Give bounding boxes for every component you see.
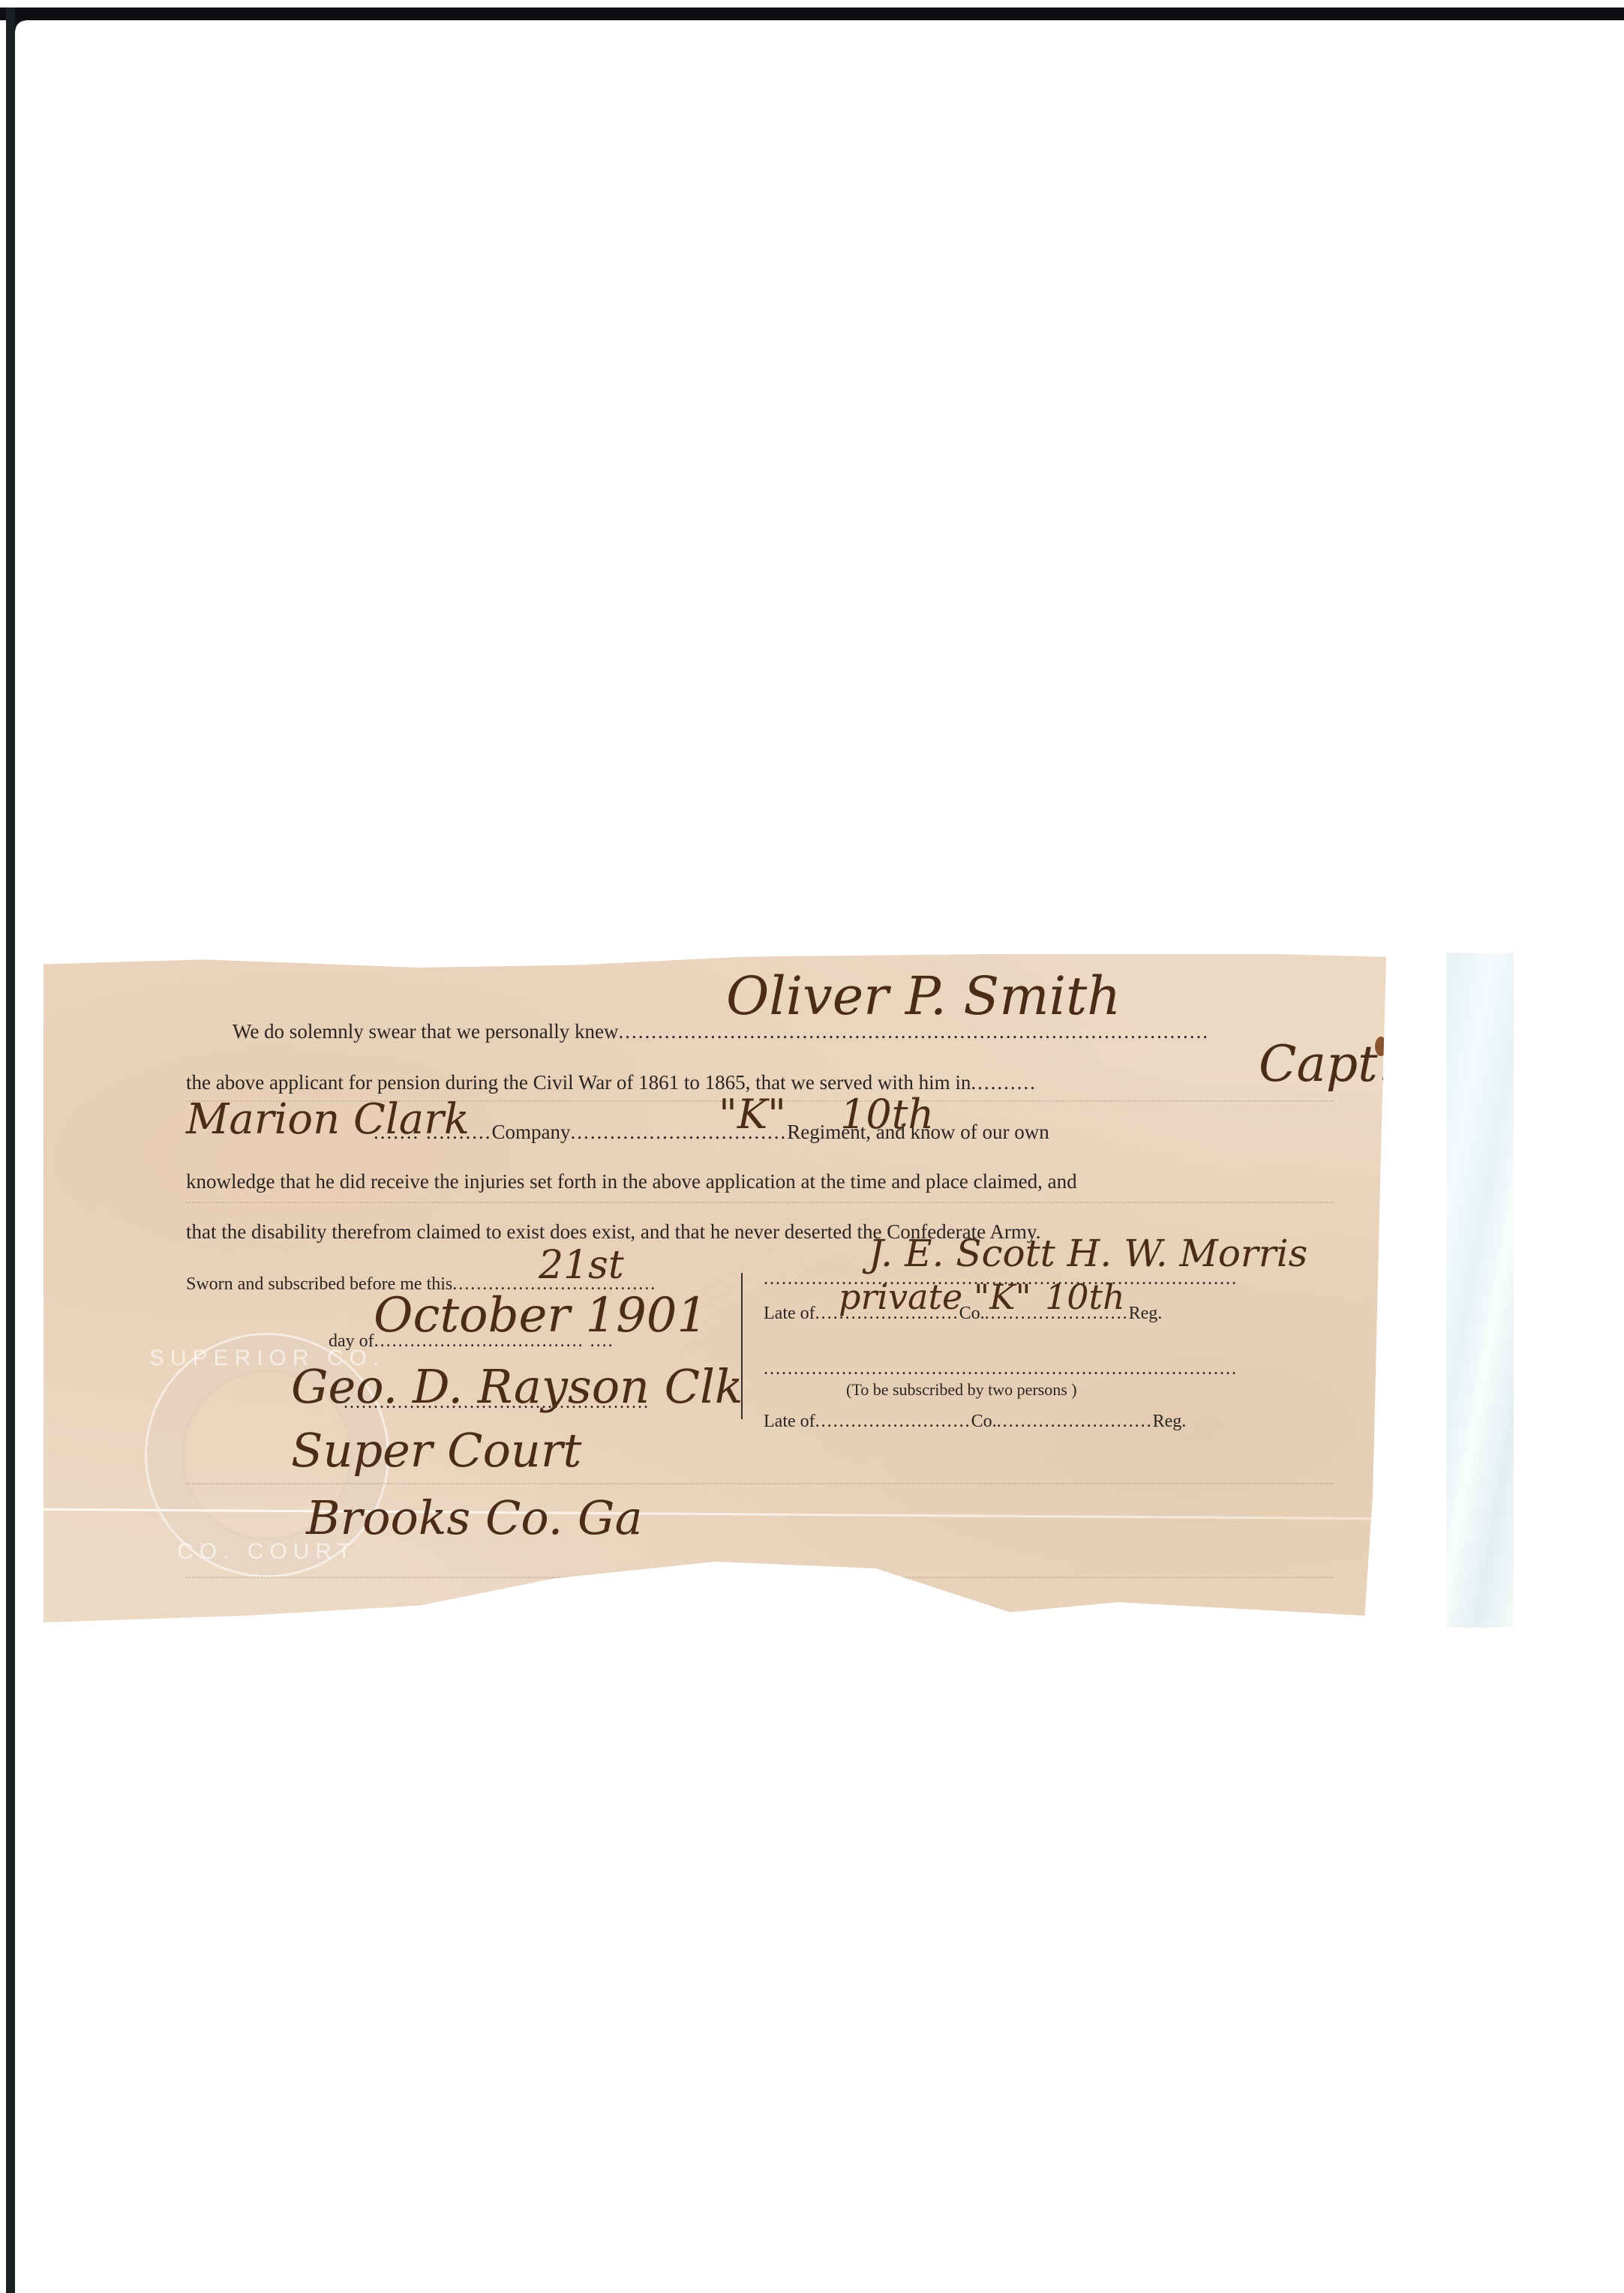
form-line-3: ....... ..........Company...............… xyxy=(374,1121,1049,1144)
scanner-border-left xyxy=(6,8,15,2293)
handwritten-witness-signatures: J. E. Scott H. W. Morris xyxy=(869,1232,1307,1275)
plastic-sleeve-strip xyxy=(1446,953,1514,1628)
late-of-label: Late of xyxy=(764,1304,815,1323)
handwritten-sworn-month-year: October 1901 xyxy=(374,1288,707,1343)
reg-label: Reg. xyxy=(1153,1412,1187,1431)
handwritten-company: "K" xyxy=(719,1091,786,1138)
company-label: Company xyxy=(492,1121,571,1143)
faint-rule xyxy=(186,1577,1334,1578)
handwritten-sworn-day: 21st xyxy=(539,1243,624,1288)
fill-dots: .......................... xyxy=(815,1412,971,1431)
reg-label: Reg. xyxy=(1129,1304,1163,1323)
fill-dots: ........................................… xyxy=(764,1359,1238,1379)
faint-rule xyxy=(186,1483,1334,1484)
handwritten-witness-1-rank: private xyxy=(839,1277,962,1317)
bracket-divider xyxy=(741,1273,750,1419)
subscribe-note: (To be subscribed by two persons ) xyxy=(846,1380,1077,1400)
form-line-1-text: We do solemnly swear that we personally … xyxy=(233,1020,618,1043)
day-of-label: day of xyxy=(329,1331,374,1351)
handwritten-rank: Capt. xyxy=(1259,1035,1394,1093)
co-label: Co. xyxy=(971,1412,997,1431)
handwritten-regiment: 10th xyxy=(840,1091,934,1138)
handwritten-witness-1-regiment: 10th xyxy=(1045,1277,1125,1317)
handwritten-clerk-signature: Geo. D. Rayson Clk xyxy=(291,1359,743,1414)
handwritten-clerk-court: Super Court xyxy=(291,1423,581,1478)
handwritten-witness-1-company: "K" xyxy=(974,1277,1031,1317)
fill-dots: ....... .......... xyxy=(374,1121,492,1143)
faint-rule xyxy=(186,1202,1334,1203)
late-of-label: Late of xyxy=(764,1412,815,1431)
witness-2-late-of-line: Late of..........................Co.....… xyxy=(764,1412,1186,1432)
handwritten-clerk-county: Brooks Co. Ga xyxy=(306,1490,643,1545)
form-line-4: knowledge that he did receive the injuri… xyxy=(186,1170,1077,1193)
scanner-border-top xyxy=(0,8,1624,20)
fill-dots: .......... xyxy=(971,1071,1037,1094)
witness-2-signature-line: ........................................… xyxy=(764,1359,1238,1379)
handwritten-applicant-name: Oliver P. Smith xyxy=(726,965,1121,1027)
pension-affidavit-document: SUPERIOR CO. CO. COURT We do solemnly sw… xyxy=(44,954,1386,1629)
fill-dots: .......................... xyxy=(997,1412,1153,1431)
scanner-border-corner xyxy=(15,20,26,31)
